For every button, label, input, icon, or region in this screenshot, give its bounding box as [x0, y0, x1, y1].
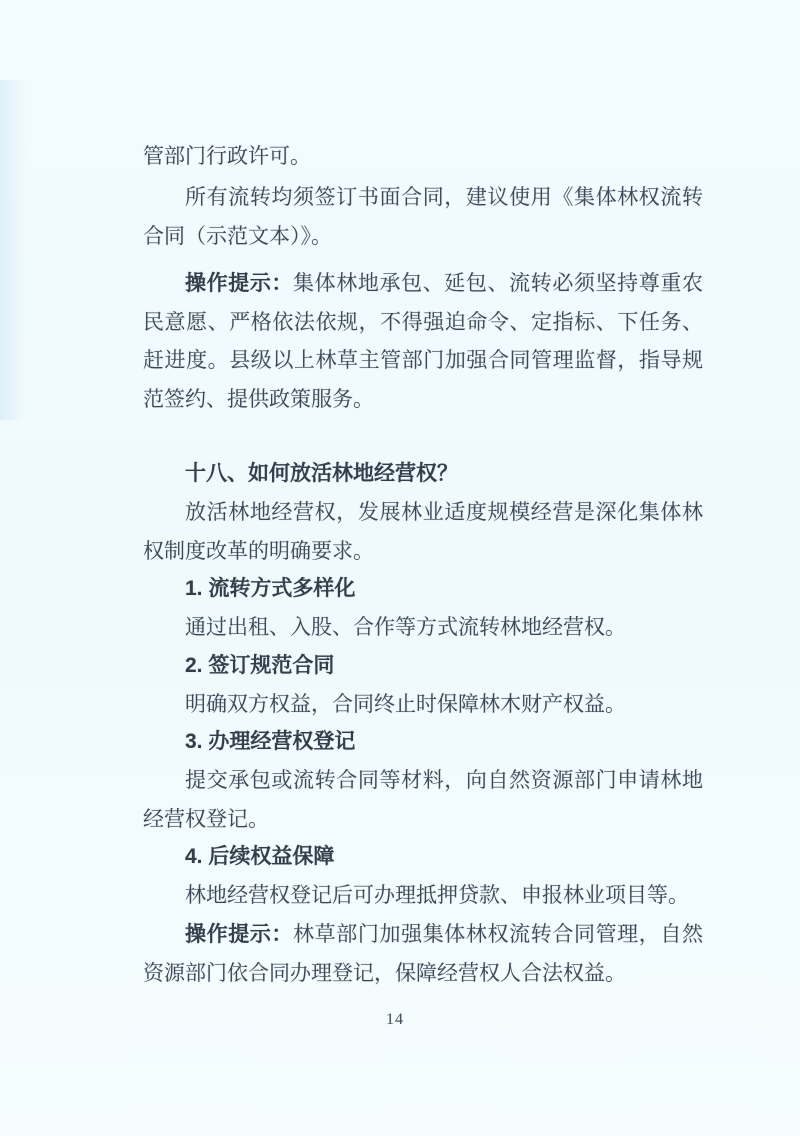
section-heading: 十八、如何放活林地经营权？ — [143, 455, 703, 493]
item-1-body: 通过出租、入股、合作等方式流转林地经营权。 — [143, 608, 703, 646]
page-number: 14 — [0, 1011, 790, 1029]
paragraph-operation-tip-1: 操作提示：集体林地承包、延包、流转必须坚持尊重农民意愿、严格依法依规，不得强迫命… — [143, 264, 703, 418]
item-4-body: 林地经营权登记后可办理抵押贷款、申报林业项目等。 — [143, 876, 703, 914]
document-page: 管部门行政许可。 所有流转均须签订书面合同，建议使用《集体林权流转合同（示范文本… — [0, 0, 800, 1136]
item-1-title: 1. 流转方式多样化 — [143, 570, 703, 608]
tip-2-label: 操作提示： — [185, 923, 293, 946]
paragraph-written-contract: 所有流转均须签订书面合同，建议使用《集体林权流转合同（示范文本）》。 — [143, 178, 703, 255]
page-body: 管部门行政许可。 所有流转均须签订书面合同，建议使用《集体林权流转合同（示范文本… — [143, 137, 703, 992]
item-2-body: 明确双方权益，合同终止时保障林木财产权益。 — [143, 685, 703, 723]
item-3-body: 提交承包或流转合同等材料，向自然资源部门申请林地经营权登记。 — [143, 761, 703, 838]
section-intro: 放活林地经营权，发展林业适度规模经营是深化集体林权制度改革的明确要求。 — [143, 493, 703, 570]
item-3-title: 3. 办理经营权登记 — [143, 723, 703, 761]
paragraph-operation-tip-2: 操作提示：林草部门加强集体林权流转合同管理，自然资源部门依合同办理登记，保障经营… — [143, 915, 703, 993]
item-4-title: 4. 后续权益保障 — [143, 838, 703, 876]
item-2-title: 2. 签订规范合同 — [143, 647, 703, 685]
paragraph-permit-continuation: 管部门行政许可。 — [143, 137, 703, 175]
tip-1-label: 操作提示： — [185, 272, 293, 295]
